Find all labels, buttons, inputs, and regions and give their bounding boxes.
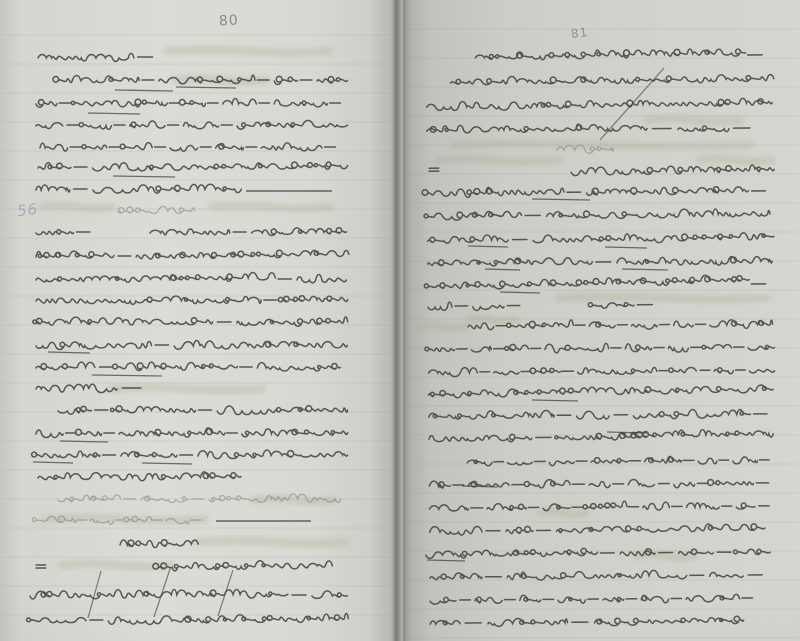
highlight-smear <box>540 512 586 515</box>
handwriting-line <box>429 385 774 398</box>
handwriting-line <box>150 228 347 236</box>
underline-mark <box>622 269 668 270</box>
highlight-smear <box>468 319 516 322</box>
handwriting-line <box>36 99 340 108</box>
underline-mark <box>115 90 173 91</box>
handwriting-line <box>428 365 774 376</box>
handwriting-line <box>429 478 768 489</box>
handwriting-line <box>120 540 198 548</box>
handwriting-line <box>426 547 770 558</box>
underline-mark <box>532 400 578 401</box>
handwriting-line <box>430 570 762 581</box>
highlight-smear <box>700 159 772 162</box>
highlight-smear <box>648 119 740 122</box>
handwriting-line <box>467 456 769 467</box>
handwriting-line <box>36 296 348 305</box>
highlight-smear <box>455 144 750 147</box>
slash-mark <box>218 570 233 616</box>
underline-mark <box>33 462 73 463</box>
handwriting-line <box>427 98 773 111</box>
highlight-smears <box>42 50 772 567</box>
underline-mark <box>142 463 192 464</box>
handwriting-line <box>430 594 752 605</box>
handwriting-line <box>30 590 347 599</box>
handwriting-line <box>429 409 767 420</box>
handwriting-line <box>429 168 439 171</box>
handwriting-line <box>36 428 348 438</box>
handwriting-line <box>428 302 520 311</box>
handwriting-line <box>36 184 241 193</box>
ink-layer <box>0 0 800 641</box>
handwriting-line <box>36 230 90 235</box>
handwriting-line <box>38 472 241 481</box>
underline-mark <box>485 269 520 270</box>
underline-mark <box>427 560 465 561</box>
handwriting-line <box>36 362 340 371</box>
handwriting-line <box>153 561 333 571</box>
highlight-smear <box>438 159 558 162</box>
slash-mark <box>88 571 101 618</box>
underline-mark <box>113 176 175 177</box>
underline-mark <box>48 352 90 353</box>
right-page-ink <box>421 49 777 627</box>
handwriting-line <box>58 406 348 415</box>
underline-mark <box>88 113 140 114</box>
handwriting-line <box>36 273 346 283</box>
handwriting-line <box>422 185 765 197</box>
underline-mark <box>605 247 647 248</box>
underline-mark <box>500 292 540 293</box>
underline-mark <box>468 246 508 247</box>
handwriting-line <box>40 143 335 152</box>
highlight-smear <box>198 541 346 544</box>
handwriting-line <box>38 53 153 61</box>
handwriting-line <box>429 500 769 511</box>
left-page-ink <box>27 53 349 624</box>
handwriting-line <box>588 302 652 308</box>
underline-mark <box>176 87 236 88</box>
underline-mark <box>92 375 162 376</box>
handwriting-line <box>428 233 774 245</box>
handwriting-line <box>429 429 773 442</box>
handwriting-line <box>36 565 46 568</box>
handwriting-line <box>424 275 765 289</box>
manuscript-scan: 80 81 56 வளவென்கில் —யமாத்தில் - கண்ட மா… <box>0 0 800 641</box>
handwriting-line <box>36 250 349 259</box>
highlight-smear <box>42 206 112 209</box>
highlight-smear <box>425 326 465 329</box>
highlight-smear <box>212 206 330 209</box>
handwriting-line <box>450 75 773 85</box>
handwriting-line <box>32 450 348 459</box>
underline-mark <box>532 199 590 200</box>
slash-mark <box>154 569 170 617</box>
handwriting-line <box>430 524 765 536</box>
highlight-smear <box>168 50 328 53</box>
handwriting-line <box>118 206 195 213</box>
handwriting-line <box>36 341 347 350</box>
handwriting-line <box>428 256 772 267</box>
page-number-left: 80 <box>218 12 239 29</box>
handwriting-line <box>430 616 743 627</box>
highlight-smear <box>558 297 766 300</box>
handwriting-line <box>38 162 348 171</box>
margin-number: 56 <box>16 200 39 220</box>
page-number-right: 81 <box>570 25 589 41</box>
handwriting-line <box>424 209 770 221</box>
